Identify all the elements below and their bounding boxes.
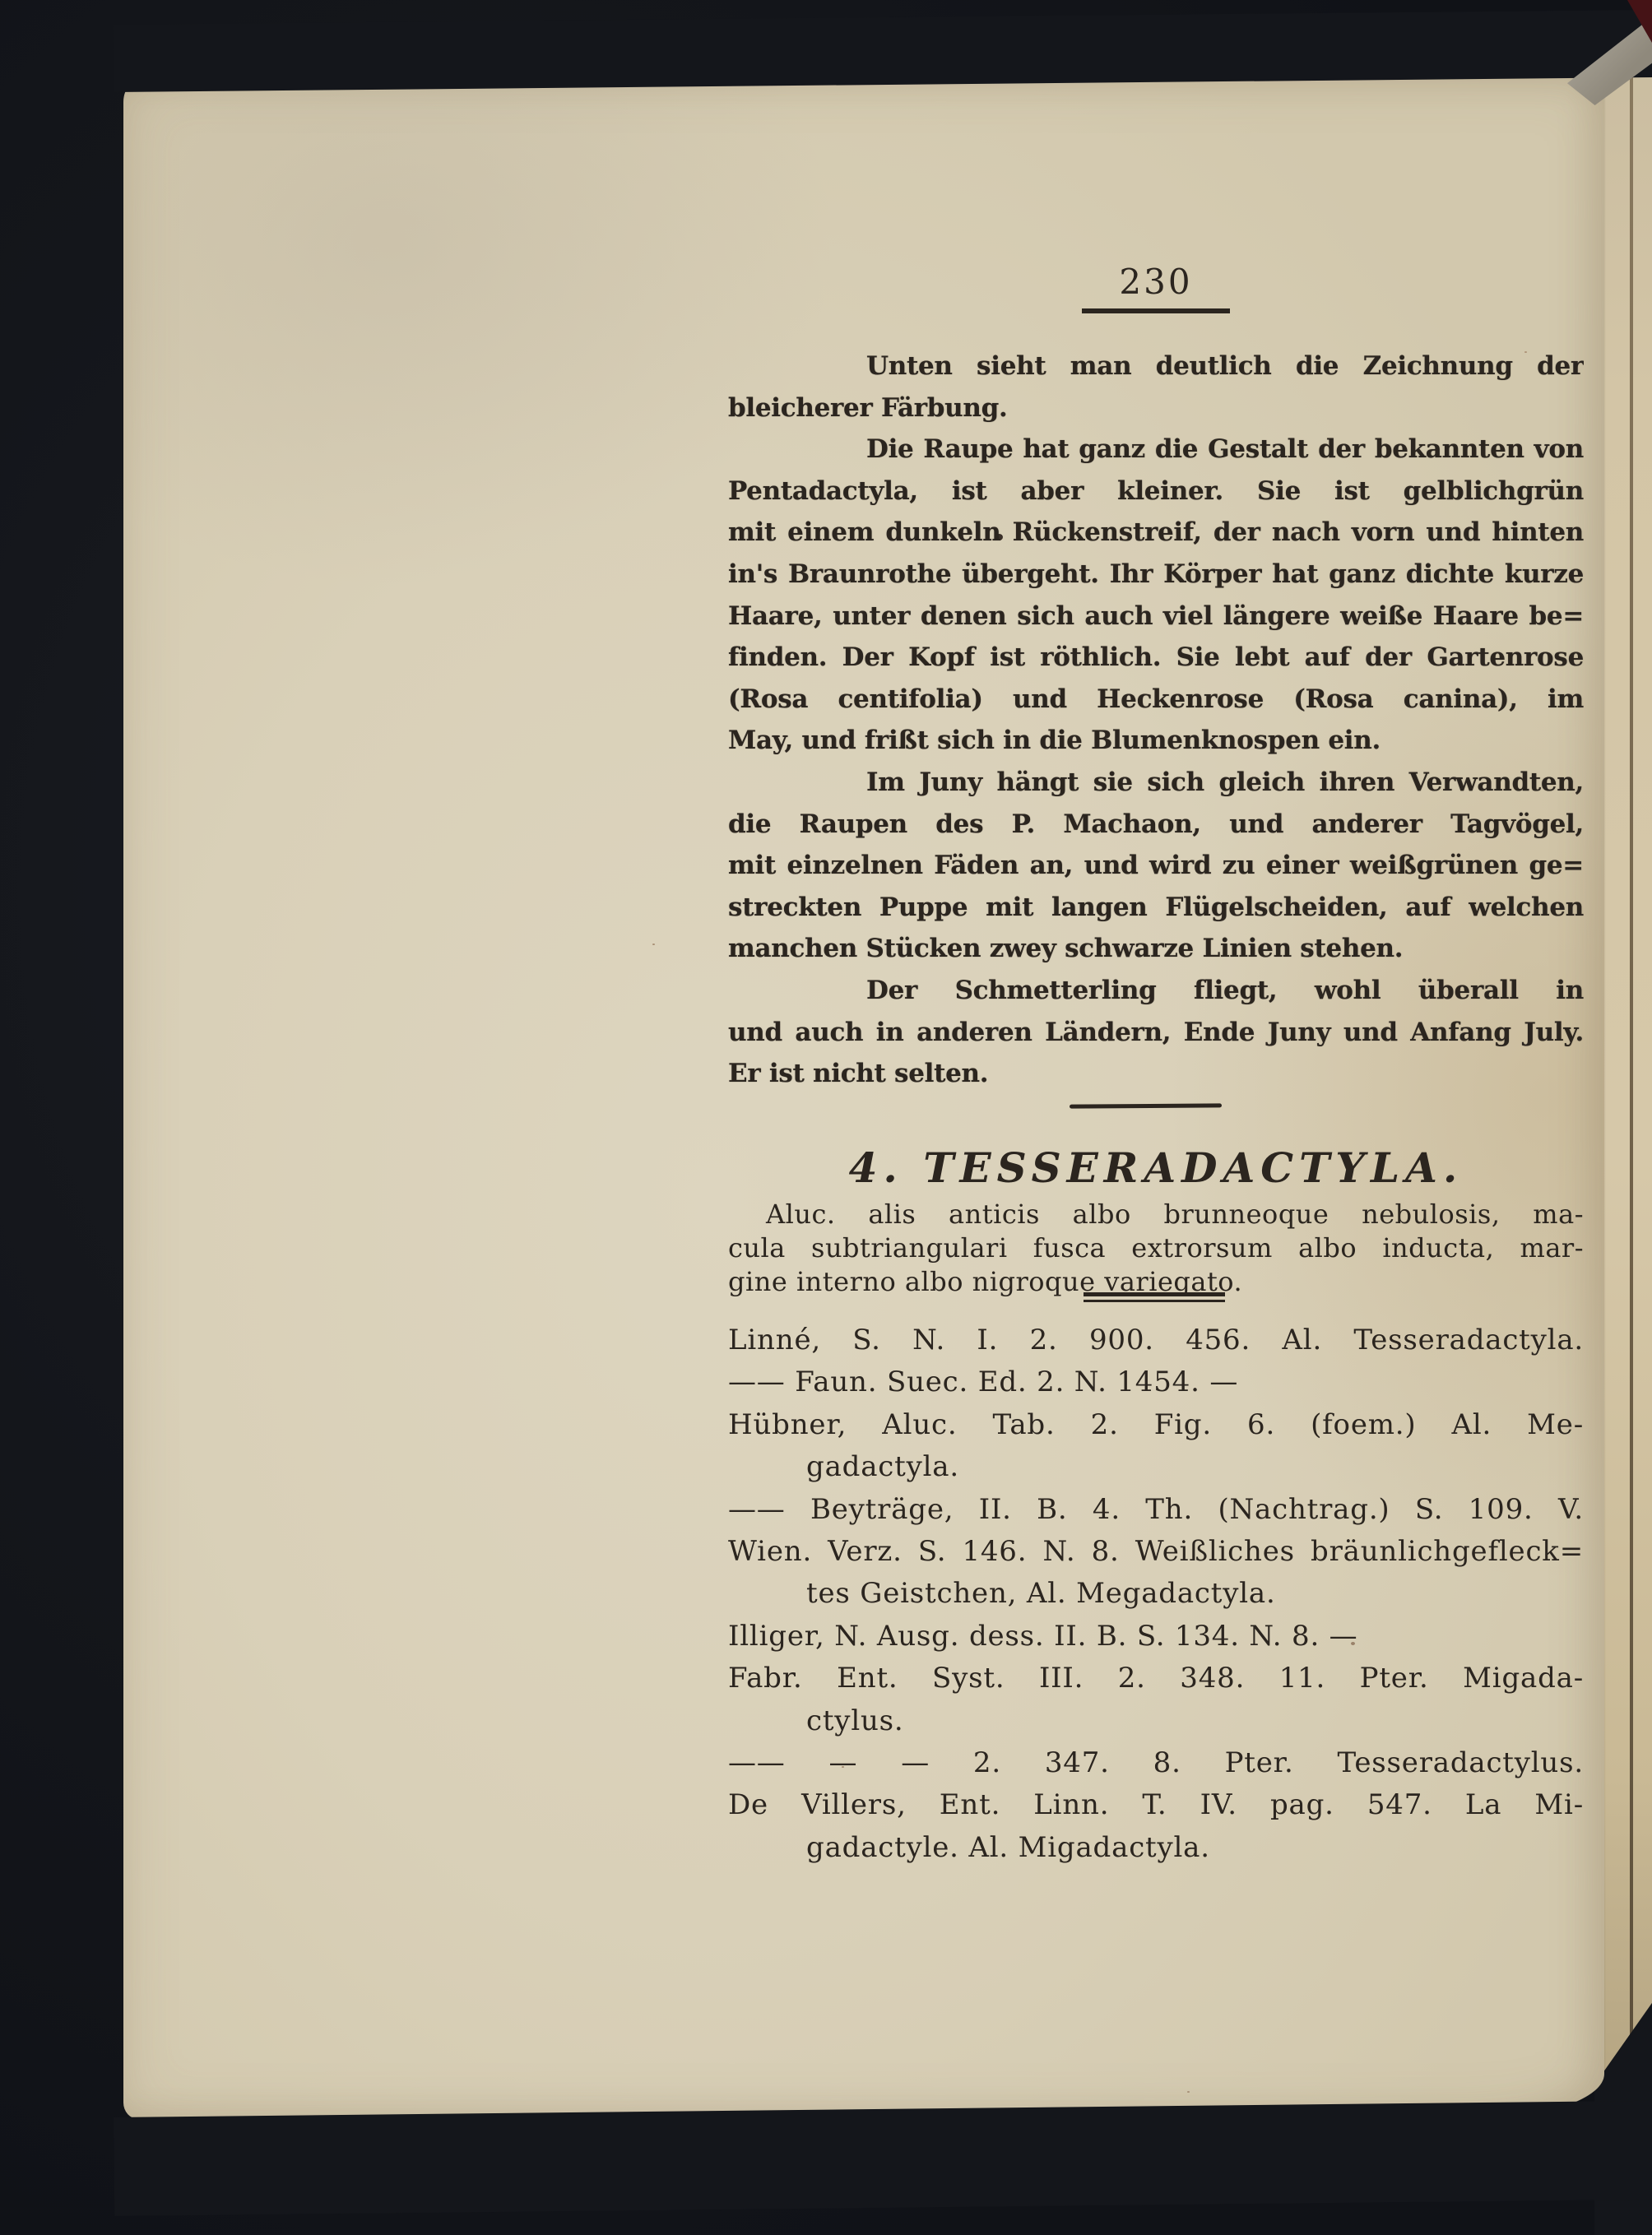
reference-line: ctylus. [728, 1700, 1584, 1742]
body-paragraph-line: die Raupen des P. Machaon, und anderer T… [728, 804, 1584, 846]
body-paragraph-line: manchen Stücken zwey schwarze Linien ste… [728, 928, 1584, 970]
reference-line: Fabr. Ent. Syst. III. 2. 348. 11. Pter. … [728, 1658, 1584, 1699]
body-paragraph-line: Haare, unter denen sich auch viel länger… [728, 596, 1584, 638]
page-header: 230 [728, 262, 1584, 313]
body-paragraph-line: Pentadactyla, ist aber kleiner. Sie ist … [728, 471, 1584, 512]
section-separator [1070, 1103, 1222, 1108]
reference-line: De Villers, Ent. Linn. T. IV. pag. 547. … [728, 1784, 1584, 1826]
body-paragraph-line: Im Juny hängt sie sich gleich ihren Verw… [728, 762, 1584, 804]
reference-line: gadactyla. [728, 1446, 1584, 1488]
body-text: Unten sieht man deutlich die Zeichnung d… [728, 345, 1584, 1095]
synonymy-references: Linné, S. N. I. 2. 900. 456. Al. Tessera… [728, 1319, 1584, 1869]
latin-diagnosis-line: cula subtriangulari fusca extrorsum albo… [728, 1231, 1584, 1265]
reference-line: —— Faun. Suec. Ed. 2. N. 1454. — [728, 1361, 1584, 1403]
body-paragraph-line: Unten sieht man deutlich die Zeichnung d… [728, 345, 1584, 387]
body-paragraph-line: streckten Puppe mit langen Flügelscheide… [728, 887, 1584, 929]
body-paragraph-line: mit einzelnen Fäden an, und wird zu eine… [728, 845, 1584, 887]
body-paragraph-line: Die Raupe hat ganz die Gestalt der bekan… [728, 429, 1584, 471]
reference-line: Linné, S. N. I. 2. 900. 456. Al. Tessera… [728, 1319, 1584, 1361]
body-paragraph-line: mit einem dunkeln Rückenstreif, der nach… [728, 512, 1584, 554]
species-heading: 4. TESSERADACTYLA. [728, 1143, 1584, 1193]
body-paragraph-line: May, und frißt sich in die Blumenknospen… [728, 720, 1584, 762]
reference-line: —— — — 2. 347. 8. Pter. Tesseradactylus. [728, 1742, 1584, 1784]
book-page: 230 Unten sieht man deutlich die Zeichnu… [123, 77, 1604, 2119]
body-paragraph-line: Er ist nicht selten. [728, 1053, 1584, 1095]
body-paragraph-line: und auch in anderen Ländern, Ende Juny u… [728, 1012, 1584, 1054]
body-paragraph-line: (Rosa centifolia) und Heckenrose (Rosa c… [728, 679, 1584, 721]
page-number: 230 [1082, 262, 1229, 313]
reference-line: Wien. Verz. S. 146. N. 8. Weißliches brä… [728, 1531, 1584, 1573]
reference-line: tes Geistchen, Al. Megadactyla. [728, 1573, 1584, 1615]
text-column: 230 Unten sieht man deutlich die Zeichnu… [728, 77, 1584, 2119]
reference-line: Hübner, Aluc. Tab. 2. Fig. 6. (foem.) Al… [728, 1404, 1584, 1446]
bottom-edge-shade [114, 2101, 1652, 2216]
body-paragraph-line: Der Schmetterling fliegt, wohl überall i… [728, 970, 1584, 1012]
scan-backdrop: 230 Unten sieht man deutlich die Zeichnu… [0, 0, 1652, 2235]
latin-diagnosis-line: Aluc. alis anticis albo brunneoque nebul… [728, 1198, 1584, 1231]
body-paragraph-line: finden. Der Kopf ist röthlich. Sie lebt … [728, 637, 1584, 679]
body-paragraph-line: in's Braunrothe übergeht. Ihr Körper hat… [728, 554, 1584, 596]
synonymy-separator [1084, 1292, 1225, 1302]
reference-line: gadactyle. Al. Migadactyla. [728, 1827, 1584, 1869]
fore-edge-crease [1630, 16, 1633, 2073]
reference-line: Illiger, N. Ausg. dess. II. B. S. 134. N… [728, 1616, 1584, 1658]
reference-line: —— Beyträge, II. B. 4. Th. (Nachtrag.) S… [728, 1489, 1584, 1531]
latin-diagnosis: Aluc. alis anticis albo brunneoque nebul… [728, 1198, 1584, 1299]
body-paragraph-line: bleicherer Färbung. [728, 387, 1584, 429]
